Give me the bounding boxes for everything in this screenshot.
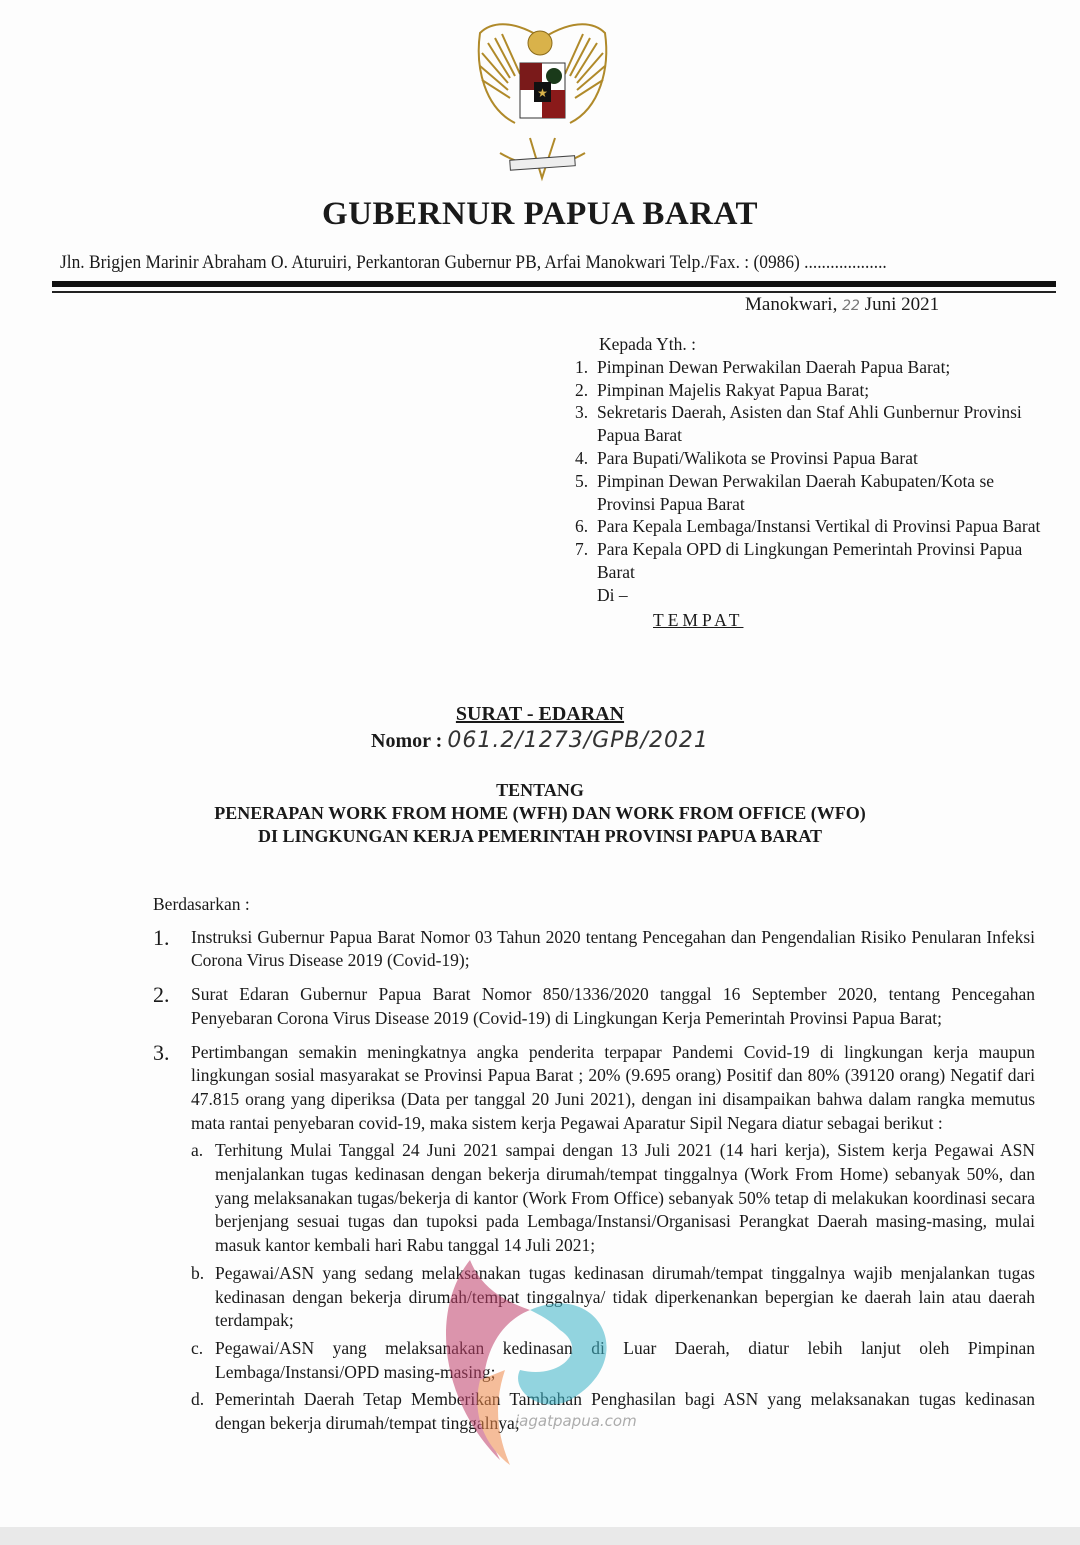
recipient-text: Pimpinan Dewan Perwakilan Daerah Kabupat…: [597, 470, 1055, 516]
date-day-handwritten: 22: [842, 298, 860, 314]
recipients-block: Kepada Yth. : 1.Pimpinan Dewan Perwakila…: [575, 333, 1055, 631]
body-item-text: Instruksi Gubernur Papua Barat Nomor 03 …: [191, 926, 1035, 973]
body-subitem: a.Terhitung Mulai Tanggal 24 Juni 2021 s…: [191, 1139, 1035, 1258]
subitem-text: Pegawai/ASN yang melaksanakan kedinasan …: [215, 1337, 1035, 1384]
recipient-number: 4.: [575, 447, 597, 470]
recipient-number: 3.: [575, 401, 597, 447]
recipient-text: Sekretaris Daerah, Asisten dan Staf Ahli…: [597, 401, 1055, 447]
page-bottom-edge: [0, 1527, 1080, 1545]
recipient-number: 5.: [575, 470, 597, 516]
recipient-item: 7.Para Kepala OPD di Lingkungan Pemerint…: [575, 538, 1055, 584]
document-subject: TENTANG PENERAPAN WORK FROM HOME (WFH) D…: [0, 779, 1080, 848]
recipient-item: 1.Pimpinan Dewan Perwakilan Daerah Papua…: [575, 356, 1055, 379]
recipient-number: 6.: [575, 515, 597, 538]
body-subitem: b.Pegawai/ASN yang sedang melaksanakan t…: [191, 1262, 1035, 1333]
letterhead-rule-thick: [52, 281, 1056, 287]
letterhead-rule-thin: [52, 291, 1056, 293]
watermark-text: jagatpapua.com: [515, 1412, 637, 1430]
recipient-text: Para Bupati/Walikota se Provinsi Papua B…: [597, 447, 918, 470]
subitem-letter: a.: [191, 1139, 215, 1258]
nomor-value: 061.2/1273/GPB/2021: [447, 728, 709, 753]
svg-text:★: ★: [537, 86, 548, 100]
body-item-text: Surat Edaran Gubernur Papua Barat Nomor …: [191, 983, 1035, 1030]
subitem-letter: b.: [191, 1262, 215, 1333]
recipients-tempat: TEMPAT: [575, 609, 1055, 632]
recipient-text: Pimpinan Dewan Perwakilan Daerah Papua B…: [597, 356, 950, 379]
body-item-number: 1.: [153, 926, 191, 973]
subitem-letter: d.: [191, 1388, 215, 1435]
letterhead-address: Jln. Brigjen Marinir Abraham O. Aturuiri…: [60, 253, 887, 274]
subitem-letter: c.: [191, 1337, 215, 1384]
recipient-item: 2.Pimpinan Majelis Rakyat Papua Barat;: [575, 379, 1055, 402]
date-month-year: Juni 2021: [865, 294, 939, 315]
recipient-item: 5.Pimpinan Dewan Perwakilan Daerah Kabup…: [575, 470, 1055, 516]
recipients-header: Kepada Yth. :: [575, 333, 1055, 356]
body-lead: Berdasarkan :: [153, 893, 1035, 917]
recipient-item: 6.Para Kepala Lembaga/Instansi Vertikal …: [575, 515, 1055, 538]
date-place: Manokwari,: [745, 294, 837, 315]
recipient-text: Para Kepala OPD di Lingkungan Pemerintah…: [597, 538, 1055, 584]
body-item-number: 3.: [153, 1041, 191, 1436]
body-item: 3.Pertimbangan semakin meningkatnya angk…: [153, 1041, 1035, 1436]
subitem-text: Terhitung Mulai Tanggal 24 Juni 2021 sam…: [215, 1139, 1035, 1258]
document-number: Nomor : 061.2/1273/GPB/2021: [0, 728, 1080, 753]
recipients-list: 1.Pimpinan Dewan Perwakilan Daerah Papua…: [575, 356, 1055, 584]
recipient-item: 3.Sekretaris Daerah, Asisten dan Staf Ah…: [575, 401, 1055, 447]
recipient-text: Para Kepala Lembaga/Instansi Vertikal di…: [597, 515, 1040, 538]
document-type: SURAT - EDARAN: [0, 703, 1080, 726]
nomor-label: Nomor :: [371, 730, 442, 752]
garuda-emblem-icon: ★: [470, 8, 615, 188]
recipient-item: 4.Para Bupati/Walikota se Provinsi Papua…: [575, 447, 1055, 470]
recipients-di: Di –: [575, 584, 1055, 607]
subitem-text: Pegawai/ASN yang sedang melaksanakan tug…: [215, 1262, 1035, 1333]
recipient-number: 2.: [575, 379, 597, 402]
subject-line-1: PENERAPAN WORK FROM HOME (WFH) DAN WORK …: [0, 802, 1080, 825]
body-subitem: c.Pegawai/ASN yang melaksanakan kedinasa…: [191, 1337, 1035, 1384]
recipient-number: 1.: [575, 356, 597, 379]
body-item: 2.Surat Edaran Gubernur Papua Barat Nomo…: [153, 983, 1035, 1030]
recipient-text: Pimpinan Majelis Rakyat Papua Barat;: [597, 379, 869, 402]
body-item-text: Pertimbangan semakin meningkatnya angka …: [191, 1041, 1035, 1136]
body-items: 1.Instruksi Gubernur Papua Barat Nomor 0…: [153, 926, 1035, 1436]
body-item-number: 2.: [153, 983, 191, 1030]
tentang-label: TENTANG: [0, 779, 1080, 802]
recipient-number: 7.: [575, 538, 597, 584]
letter-date: Manokwari, 22 Juni 2021: [745, 294, 939, 316]
subject-line-2: DI LINGKUNGAN KERJA PEMERINTAH PROVINSI …: [0, 825, 1080, 848]
document-body: Berdasarkan : 1.Instruksi Gubernur Papua…: [153, 893, 1035, 1446]
letterhead-title: GUBERNUR PAPUA BARAT: [0, 196, 1080, 233]
body-item: 1.Instruksi Gubernur Papua Barat Nomor 0…: [153, 926, 1035, 973]
